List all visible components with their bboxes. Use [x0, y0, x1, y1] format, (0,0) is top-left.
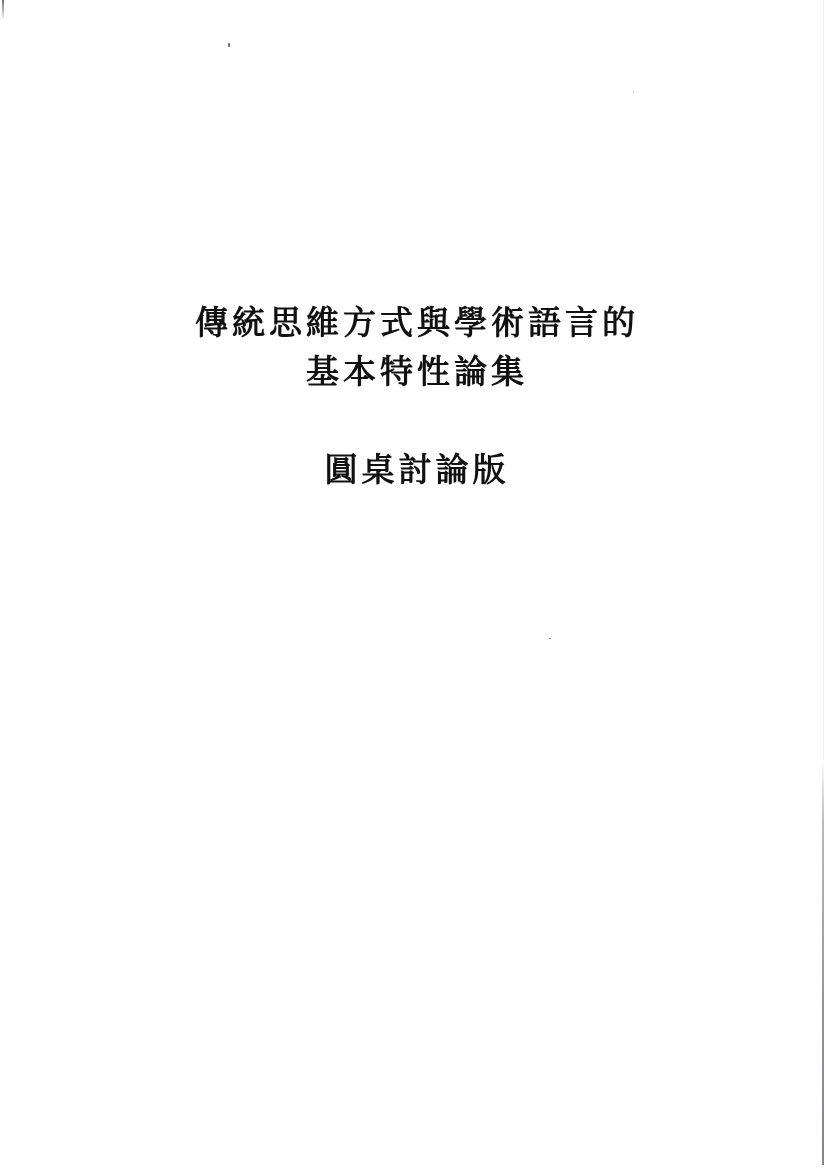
scan-speck — [633, 92, 634, 93]
document-page: 傳統思維方式與學術語言的 基本特性論集 圓桌討論版 — [0, 0, 826, 1169]
scan-edge-right — [822, 760, 824, 1165]
document-title-line-1: 傳統思維方式與學術語言的 — [4, 303, 826, 343]
document-title-line-2: 基本特性論集 — [4, 352, 826, 392]
scan-speck — [228, 43, 230, 47]
scan-edge-left — [2, 0, 4, 18]
document-subtitle: 圓桌討論版 — [4, 450, 826, 490]
scan-speck — [549, 638, 551, 639]
